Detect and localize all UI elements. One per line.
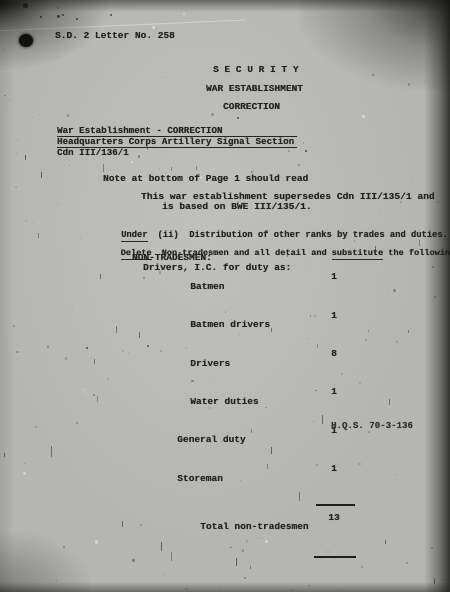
paper-speck bbox=[56, 580, 58, 582]
table-row: Batmen drivers 1 bbox=[0, 311, 450, 349]
paper-speck bbox=[444, 579, 446, 581]
paper-speck bbox=[76, 18, 78, 20]
total-label: Total non-tradesmen bbox=[200, 521, 308, 532]
non-tradesmen-table: NON-TRADESMEN: Drivers, I.C. for duty as… bbox=[0, 253, 450, 558]
paper-speck bbox=[15, 186, 17, 188]
paper-speck bbox=[57, 7, 59, 9]
paper-speck bbox=[58, 204, 60, 206]
row-label: General duty bbox=[177, 434, 245, 445]
paper-speck bbox=[362, 115, 365, 118]
paper-speck bbox=[3, 49, 4, 50]
paper-speck bbox=[103, 164, 104, 171]
table-row: General duty 1 bbox=[0, 426, 450, 464]
scan-shadow-top-edge bbox=[0, 0, 450, 12]
title-war-establishment: WAR ESTABLISHMENT bbox=[206, 84, 303, 94]
paper-speck bbox=[131, 161, 133, 163]
letter-reference: S.D. 2 Letter No. 258 bbox=[55, 31, 175, 41]
paper-speck bbox=[408, 83, 410, 85]
paper-speck bbox=[305, 150, 307, 152]
note-intro: Note at bottom of Page 1 should read bbox=[103, 174, 308, 184]
paper-speck bbox=[39, 114, 40, 115]
paper-speck bbox=[23, 3, 28, 8]
paper-speck bbox=[57, 15, 60, 18]
paper-speck bbox=[62, 14, 64, 16]
paper-speck bbox=[110, 14, 112, 16]
paper-speck bbox=[2, 63, 3, 64]
table-sub-heading: Drivers, I.C. for duty as: bbox=[0, 263, 450, 273]
paper-speck bbox=[298, 164, 300, 166]
paper-speck bbox=[41, 172, 42, 178]
paper-speck bbox=[9, 100, 10, 101]
table-row: Batmen 1 bbox=[0, 272, 450, 310]
paper-speck bbox=[448, 34, 450, 36]
row-label: Batmen drivers bbox=[190, 319, 270, 330]
paper-speck bbox=[412, 181, 413, 182]
row-value: 1 bbox=[316, 311, 352, 321]
paper-speck bbox=[67, 114, 69, 116]
paper-speck bbox=[25, 155, 26, 160]
row-value: 1 bbox=[316, 387, 352, 397]
paper-speck bbox=[325, 65, 326, 66]
paper-speck bbox=[4, 95, 5, 96]
paper-speck bbox=[337, 589, 338, 590]
paper-speck bbox=[437, 201, 439, 203]
paper-speck bbox=[361, 566, 363, 568]
table-row: Storeman 1 bbox=[0, 464, 450, 502]
table-row: Drivers 8 bbox=[0, 349, 450, 387]
row-value: 1 bbox=[316, 464, 352, 474]
paper-speck bbox=[434, 578, 435, 584]
paper-speck bbox=[211, 113, 213, 115]
row-value: 8 bbox=[316, 349, 352, 359]
paper-speck bbox=[163, 574, 164, 575]
paper-speck bbox=[379, 213, 380, 214]
row-label: Drivers bbox=[190, 358, 230, 369]
subject-block: War Establishment - CORRECTION Headquart… bbox=[57, 126, 297, 158]
paper-speck bbox=[183, 13, 185, 15]
paper-speck bbox=[25, 220, 27, 222]
paper-speck bbox=[162, 77, 163, 78]
paper-speck bbox=[244, 577, 246, 579]
title-correction: CORRECTION bbox=[223, 102, 280, 112]
file-number: H.Q.S. 70-3-136 bbox=[331, 421, 413, 431]
paper-speck bbox=[406, 562, 408, 564]
paper-speck bbox=[424, 80, 425, 81]
paper-speck bbox=[274, 49, 275, 50]
paper-speck bbox=[308, 585, 309, 586]
paper-speck bbox=[196, 166, 197, 169]
paper-speck bbox=[291, 589, 293, 591]
row-label: Water duties bbox=[190, 396, 258, 407]
table-total-row: Total non-tradesmen 13 bbox=[0, 513, 450, 551]
row-label: Batmen bbox=[190, 281, 224, 292]
paper-speck bbox=[219, 586, 221, 588]
paper-speck bbox=[155, 27, 157, 29]
row-label: Storeman bbox=[177, 473, 223, 484]
total-rule bbox=[314, 556, 356, 558]
paper-speck bbox=[250, 566, 251, 569]
note-body-line2: is based on BWE III/135/1. bbox=[162, 202, 312, 212]
sum-rule bbox=[316, 504, 355, 505]
paper-speck bbox=[236, 558, 237, 566]
paper-speck bbox=[38, 233, 39, 238]
paper-speck bbox=[159, 168, 160, 169]
paper-speck bbox=[171, 167, 172, 170]
paper-speck bbox=[17, 139, 18, 140]
paper-speck bbox=[33, 223, 34, 224]
total-value: 13 bbox=[316, 513, 352, 523]
punch-hole-dot bbox=[19, 34, 33, 47]
scan-shadow-top-right bbox=[300, 0, 450, 90]
paper-speck bbox=[152, 26, 155, 29]
paper-speck bbox=[40, 16, 42, 18]
scan-shadow-bottom-edge bbox=[0, 582, 450, 592]
security-classification: S E C U R I T Y bbox=[213, 65, 299, 75]
paper-speck bbox=[132, 559, 134, 561]
subject-establishment-number: Cdn III/136/1 bbox=[57, 148, 297, 158]
paper-speck bbox=[80, 238, 81, 239]
paper-speck bbox=[69, 165, 70, 166]
row-value: 1 bbox=[316, 272, 352, 282]
paper-speck bbox=[303, 142, 305, 144]
paper-speck bbox=[185, 588, 187, 590]
paper-speck bbox=[434, 16, 436, 18]
paper-speck bbox=[19, 46, 20, 47]
document-page: S.D. 2 Letter No. 258 S E C U R I T Y WA… bbox=[0, 0, 450, 592]
paper-speck bbox=[237, 117, 239, 119]
paper-speck bbox=[372, 74, 374, 76]
paper-speck bbox=[16, 153, 17, 154]
